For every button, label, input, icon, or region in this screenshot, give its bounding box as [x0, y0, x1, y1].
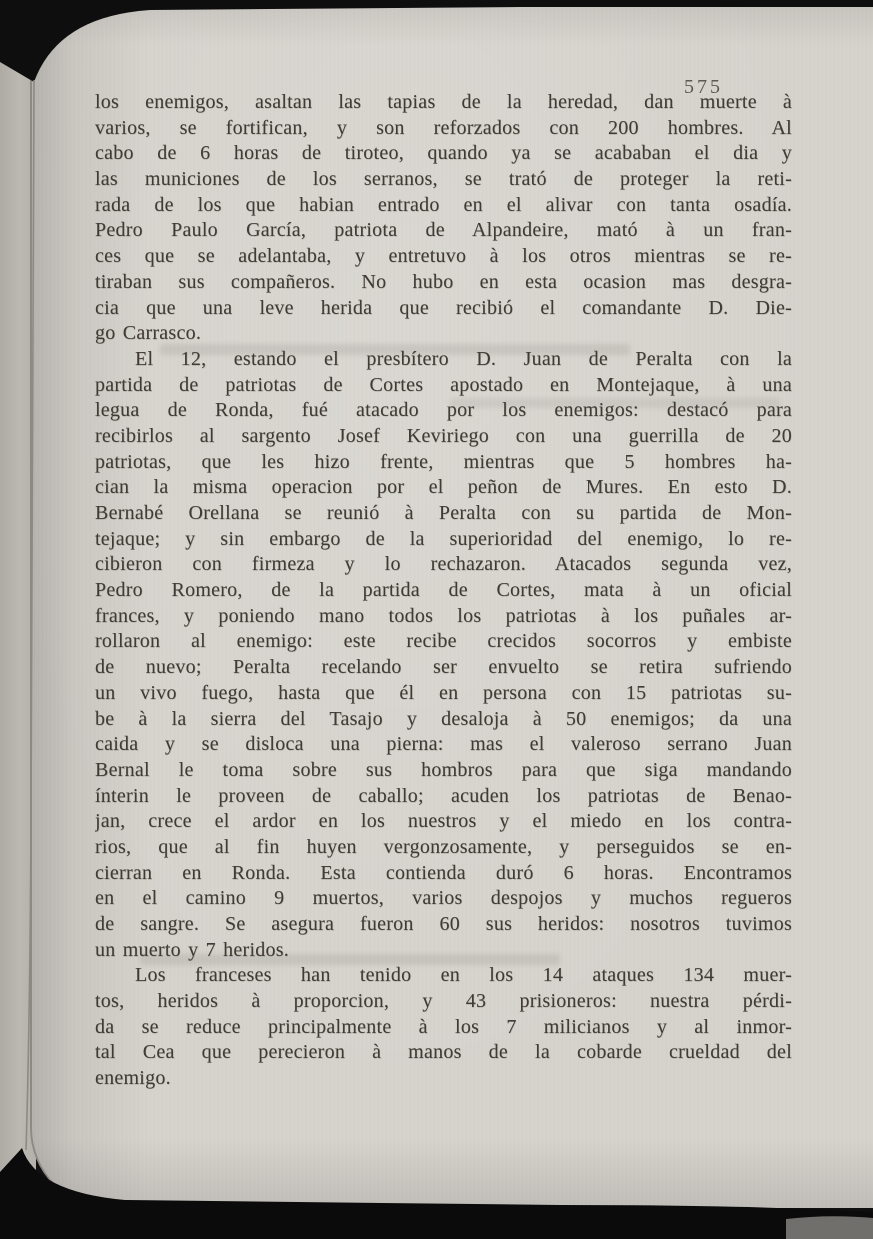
text-line: los enemigos, asaltan las tapias de la h… [95, 90, 792, 116]
text-line: varios, se fortifican, y son reforzados … [95, 116, 792, 142]
text-line: tal Cea que perecieron à manos de la cob… [95, 1040, 792, 1066]
page-text: los enemigos, asaltan las tapias de la h… [95, 90, 792, 1092]
text-line: frances, y poniendo mano todos los patri… [95, 604, 792, 630]
text-line: rollaron al enemigo: este recibe crecido… [95, 629, 792, 655]
text-line: de nuevo; Peralta recelando ser envuelto… [95, 655, 792, 681]
text-line: El 12, estando el presbítero D. Juan de … [95, 347, 792, 373]
text-line: un vivo fuego, hasta que él en persona c… [95, 681, 792, 707]
text-line: cabo de 6 horas de tiroteo, quando ya se… [95, 141, 792, 167]
scanned-book-page: 575 los enemigos, asaltan las tapias de … [0, 0, 873, 1239]
text-line: Bernabé Orellana se reunió à Peralta con… [95, 501, 792, 527]
text-line: recibirlos al sargento Josef Keviriego c… [95, 424, 792, 450]
text-line: Pedro Romero, de la partida de Cortes, m… [95, 578, 792, 604]
text-line: cierran en Ronda. Esta contienda duró 6 … [95, 861, 792, 887]
text-line: cibieron con firmeza y lo rechazaron. At… [95, 552, 792, 578]
paragraph: Los franceses han tenido en los 14 ataqu… [95, 963, 792, 1091]
text-line: go Carrasco. [95, 321, 792, 347]
paragraph: El 12, estando el presbítero D. Juan de … [95, 347, 792, 964]
text-line: partida de patriotas de Cortes apostado … [95, 373, 792, 399]
text-line: un muerto y 7 heridos. [95, 938, 792, 964]
text-line: Pedro Paulo García, patriota de Alpandei… [95, 218, 792, 244]
paragraph: los enemigos, asaltan las tapias de la h… [95, 90, 792, 347]
text-line: ínterin le proveen de caballo; acuden lo… [95, 784, 792, 810]
text-line: cia que una leve herida que recibió el c… [95, 296, 792, 322]
text-line: be à la sierra del Tasajo y desaloja à 5… [95, 707, 792, 733]
text-line: legua de Ronda, fué atacado por los enem… [95, 398, 792, 424]
text-line: rada de los que habian entrado en el ali… [95, 193, 792, 219]
text-line: tos, heridos à proporcion, y 43 prisione… [95, 989, 792, 1015]
text-line: patriotas, que les hizo frente, mientras… [95, 450, 792, 476]
text-line: ces que se adelantaba, y entretuvo à los… [95, 244, 792, 270]
text-line: tiraban sus compañeros. No hubo en esta … [95, 270, 792, 296]
text-line: rios, que al fin huyen vergonzosamente, … [95, 835, 792, 861]
text-line: tejaque; y sin embargo de la superiorida… [95, 527, 792, 553]
text-line: las municiones de los serranos, se trató… [95, 167, 792, 193]
text-line: en el camino 9 muertos, varios despojos … [95, 886, 792, 912]
text-line: cian la misma operacion por el peñon de … [95, 475, 792, 501]
text-line: da se reduce principalmente à los 7 mili… [95, 1015, 792, 1041]
text-line: enemigo. [95, 1066, 792, 1092]
text-line: Los franceses han tenido en los 14 ataqu… [95, 963, 792, 989]
text-line: de sangre. Se asegura fueron 60 sus heri… [95, 912, 792, 938]
text-line: caida y se disloca una pierna: mas el va… [95, 732, 792, 758]
text-line: Bernal le toma sobre sus hombros para qu… [95, 758, 792, 784]
text-line: jan, crece el ardor en los nuestros y el… [95, 809, 792, 835]
